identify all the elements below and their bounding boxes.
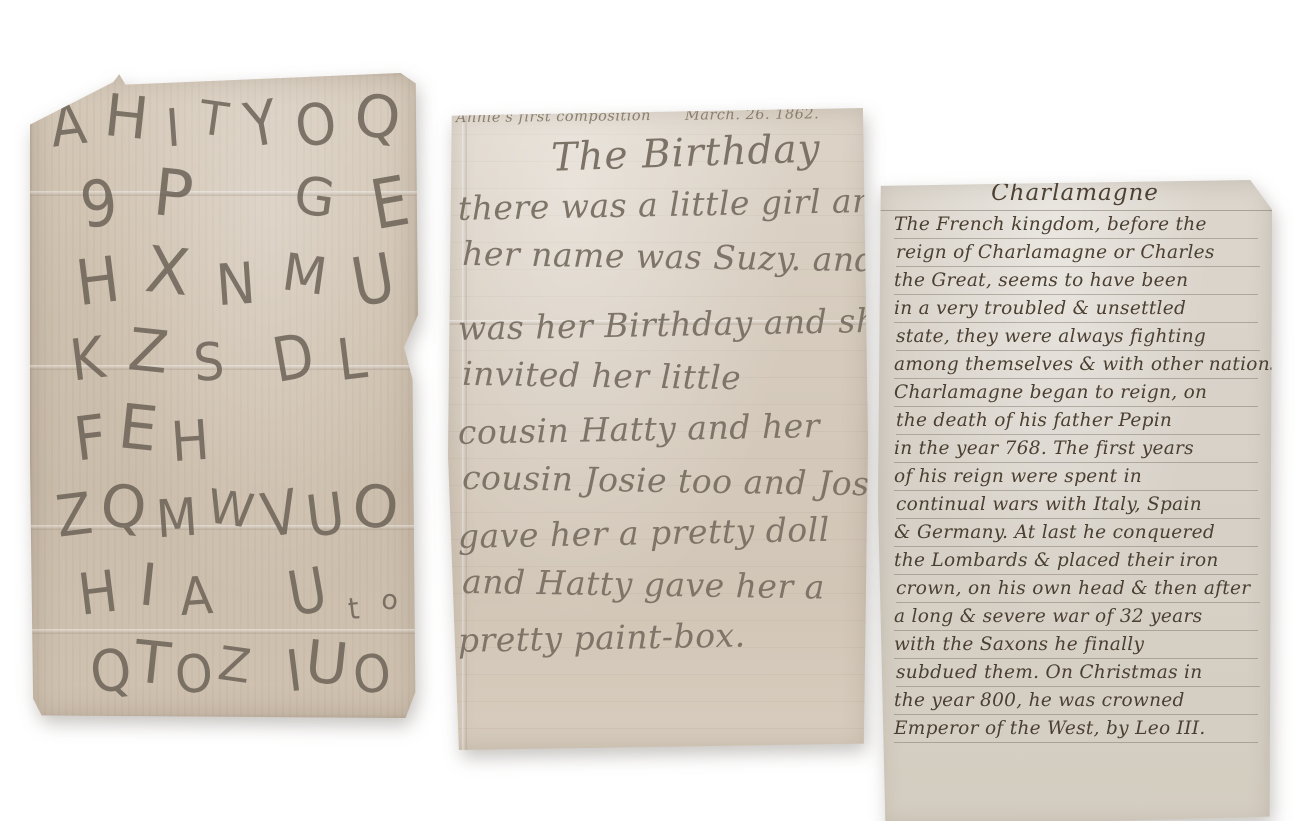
scrawled-letter: V — [257, 482, 303, 549]
scrawled-letter: O — [174, 648, 215, 703]
manuscript-line: the Lombards & placed their iron — [894, 547, 1258, 575]
scrawl-row: ZQMWVUO — [36, 473, 414, 551]
manuscript-line: state, they were always fighting — [896, 323, 1260, 351]
scrawled-letter: Q — [87, 641, 135, 703]
manuscript-line: and Hatty gave her a — [462, 562, 873, 620]
birthday-page-wrapper: Annie's first compositionMarch. 26. 1862… — [448, 95, 868, 737]
scrawled-letter: U — [303, 632, 351, 694]
scrawled-letter: U — [347, 244, 400, 317]
letter-gap — [230, 206, 258, 208]
manuscript-line: subdued them. On Christmas in — [896, 659, 1260, 687]
scrawled-letter: U — [283, 559, 331, 626]
scrawled-letter: O — [350, 476, 402, 539]
manuscript-line: the death of his father Pepin — [896, 407, 1260, 435]
composition-body: there was a little girl and her name was… — [448, 185, 868, 669]
scrawled-letter: T — [132, 632, 173, 694]
scrawled-letter: N — [214, 255, 257, 315]
manuscript-line: there was a little girl and — [458, 181, 869, 241]
scrawled-letter: Z — [126, 320, 172, 382]
scrawl-rows: AHITYOQ 9PGE HXNMU KZSDLbcgv FEH ZQMWVUO… — [36, 83, 414, 710]
manuscript-line: a long & severe war of 32 years — [894, 603, 1258, 631]
scrawled-letter: Y — [241, 92, 283, 158]
scrawl-row: QTOZIUO — [36, 629, 414, 707]
scrawled-letter: 9 — [77, 170, 121, 238]
manuscript-line: her name was Suzy. and it — [462, 234, 873, 292]
composition-body: The French kingdom, before the reign of … — [878, 211, 1272, 743]
manuscript-line: crown, on his own head & then after — [896, 575, 1260, 603]
scrawled-letter: S — [192, 336, 226, 390]
composition-caption: Annie's first compositionMarch. 26. 1862… — [456, 106, 860, 126]
scrawled-letter: Z — [215, 641, 253, 692]
scrawled-letter: o — [380, 586, 399, 615]
scrawled-letter: O — [292, 95, 340, 157]
manuscript-line: was her Birthday and she — [458, 301, 869, 361]
manuscript-line: Emperor of the West, by Leo III. — [894, 715, 1258, 743]
manuscript-line: with the Saxons he finally — [894, 631, 1258, 659]
scrawled-letter: t — [347, 594, 361, 625]
scrawled-letter: X — [142, 239, 192, 307]
charlamagne-composition-page: Charlamagne The French kingdom, before t… — [878, 180, 1272, 821]
scrawled-letter: Q — [352, 86, 404, 149]
manuscript-line: in the year 768. The first years — [894, 435, 1258, 463]
scrawl-row: HIAUto — [36, 551, 414, 629]
manuscript-scene: AHITYOQ 9PGE HXNMU KZSDLbcgv FEH ZQMWVUO… — [0, 0, 1300, 821]
manuscript-line: pretty paint-box. — [458, 613, 869, 673]
manuscript-line: Charlamagne began to reign, on — [894, 379, 1258, 407]
manuscript-line: reign of Charlamagne or Charles — [896, 239, 1260, 267]
alphabet-practice-page: AHITYOQ 9PGE HXNMU KZSDLbcgv FEH ZQMWVUO… — [30, 73, 418, 718]
scrawled-letter: L — [334, 330, 370, 390]
manuscript-line: the Great, seems to have been — [894, 267, 1258, 295]
manuscript-line: The French kingdom, before the — [894, 211, 1258, 239]
scrawled-letter: U — [303, 485, 348, 546]
caption-date: March. 26. 1862. — [685, 106, 819, 123]
scrawled-letter: F — [71, 406, 110, 470]
scrawled-letter: K — [67, 330, 108, 391]
scrawled-letter: G — [291, 169, 338, 226]
manuscript-line: in a very troubled & unsettled — [894, 295, 1258, 323]
birthday-composition-page: Annie's first compositionMarch. 26. 1862… — [448, 108, 868, 750]
manuscript-line: cousin Hatty and her — [458, 405, 869, 465]
scrawled-letter: I — [165, 103, 183, 156]
scrawled-letter: H — [101, 86, 151, 148]
scrawled-letter: O — [351, 648, 392, 703]
charlamagne-page-wrapper: Charlamagne The French kingdom, before t… — [878, 88, 1272, 735]
scrawl-row: FEH — [36, 395, 414, 473]
scrawl-row: AHITYOQ — [36, 83, 414, 161]
scrawl-row: HXNMU — [36, 239, 414, 317]
manuscript-line: cousin Josie too and Josie — [462, 458, 873, 516]
scrawled-letter: A — [178, 570, 214, 624]
manuscript-line: among themselves & with other nations — [894, 351, 1258, 379]
alphabet-page-wrapper: AHITYOQ 9PGE HXNMU KZSDLbcgv FEH ZQMWVUO… — [30, 73, 418, 718]
letter-gap — [236, 586, 266, 590]
scrawled-letter: H — [75, 563, 121, 625]
scrawled-letter: H — [73, 248, 123, 315]
scrawled-letter: P — [150, 161, 196, 230]
scrawled-letter: D — [269, 325, 319, 392]
manuscript-line: continual wars with Italy, Spain — [896, 491, 1260, 519]
scrawled-letter: E — [365, 166, 413, 240]
manuscript-line: & Germany. At last he conquered — [894, 519, 1258, 547]
letter-gap — [254, 668, 284, 673]
manuscript-line: of his reign were spent in — [894, 463, 1258, 491]
scrawled-letter: Q — [98, 476, 150, 539]
scrawled-letter: M — [155, 492, 200, 547]
manuscript-line: gave her a pretty doll — [458, 509, 869, 569]
manuscript-line: invited her little — [462, 354, 873, 412]
scrawled-letter: I — [137, 555, 160, 615]
scrawled-letter: W — [205, 484, 257, 537]
scrawled-letter: T — [196, 95, 231, 145]
caption-text: Annie's first composition — [456, 108, 651, 126]
composition-title: The Birthday — [475, 124, 896, 184]
scrawled-letter: E — [115, 396, 160, 461]
scrawled-letter: H — [169, 412, 211, 470]
scrawled-letter: A — [47, 95, 89, 156]
scrawl-row: 9PGE — [36, 161, 414, 239]
manuscript-line: the year 800, he was crowned — [894, 687, 1258, 715]
scrawl-row: KZSDLbcgv — [36, 317, 414, 395]
composition-title: Charlamagne — [878, 180, 1272, 211]
scrawled-letter: M — [279, 248, 330, 305]
scrawled-letter: Z — [53, 485, 95, 546]
scrawled-letter: b — [414, 364, 432, 392]
